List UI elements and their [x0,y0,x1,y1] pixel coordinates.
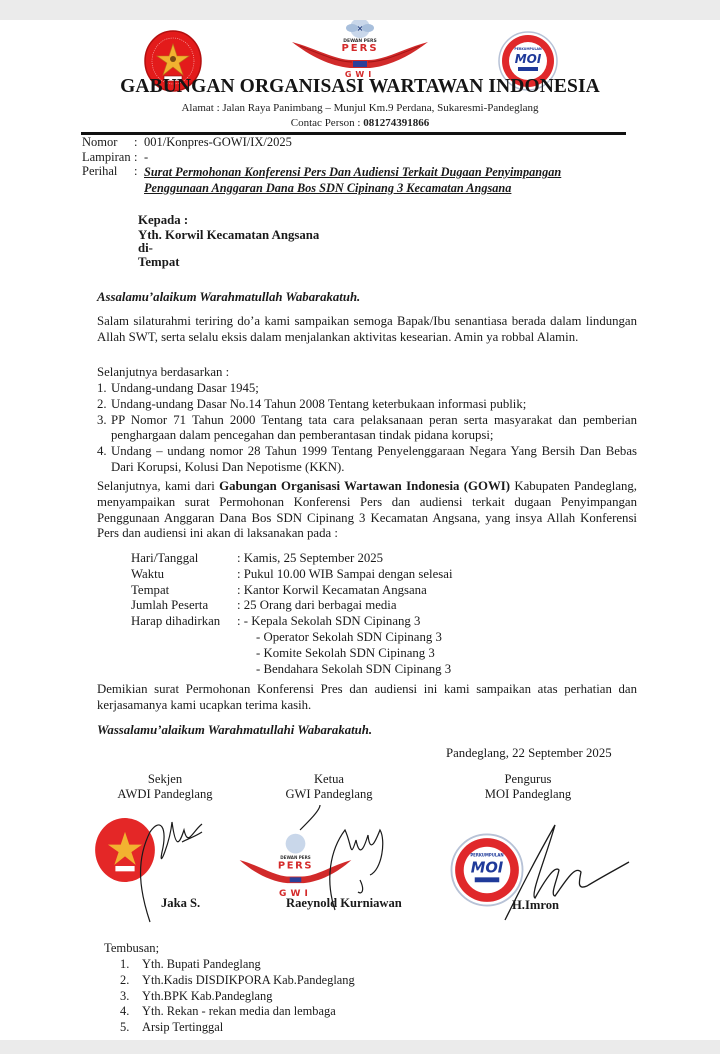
schedule-value: : Pukul 10.00 WIB Sampai dengan selesai [237,567,453,583]
org-address: Alamat : Jalan Raya Panimbang – Munjul K… [0,102,720,114]
perihal-line-2: Penggunaan Anggaran Dana Bos SDN Cipinan… [144,180,561,196]
schedule-label: Hari/Tanggal [131,551,237,567]
colon: : [134,164,144,196]
cc-item-number: 2. [120,973,142,989]
contact-number: 081274391866 [363,117,429,129]
perihal-line-1: Surat Permohonan Konferensi Pers Dan Aud… [144,164,561,180]
org-contact: Contac Person : 081274391866 [0,117,720,129]
schedule-value: : - Kepala Sekolah SDN Cipinang 3 [237,614,420,630]
schedule-row: Waktu: Pukul 10.00 WIB Sampai dengan sel… [131,567,453,583]
basis-heading: Selanjutnya berdasarkan : [97,365,637,381]
recipient-block: Kepada : Yth. Korwil Kecamatan Angsana d… [138,214,319,269]
request-org: Gabungan Organisasi Wartawan Indonesia (… [219,479,510,493]
signatory-1-title: Sekjen AWDI Pandeglang [100,772,230,801]
cc-list: 1.Yth. Bupati Pandeglang2.Yth.Kadis DISD… [120,957,355,1036]
cc-item-text: Yth. Bupati Pandeglang [142,957,261,973]
basis-item: 2.Undang-undang Dasar No.14 Tahun 2008 T… [97,397,637,413]
schedule-label: Jumlah Peserta [131,598,237,614]
schedule-value: : Kantor Korwil Kecamatan Angsana [237,583,427,599]
kepada-label: Kepada : [138,214,319,228]
attendee-item: - Bendahara Sekolah SDN Cipinang 3 [131,662,453,678]
colon: : [134,135,144,150]
signatory-org: AWDI Pandeglang [100,787,230,802]
cc-item-text: Yth. Rekan - rekan media dan lembaga [142,1004,336,1020]
basis-item-number: 4. [97,444,111,476]
signatory-org: GWI Pandeglang [264,787,394,802]
basis-item-text: Undang – undang nomor 28 Tahun 1999 Tent… [111,444,637,476]
basis-item: 1.Undang-undang Dasar 1945; [97,381,637,397]
signatory-org: MOI Pandeglang [463,787,593,802]
recipient-place: Tempat [138,256,319,270]
schedule-row: Tempat: Kantor Korwil Kecamatan Angsana [131,583,453,599]
cc-item-text: Yth.BPK Kab.Pandeglang [142,989,272,1005]
basis-item: 3.PP Nomor 71 Tahun 2000 Tentang tata ca… [97,413,637,445]
basis-list: 1.Undang-undang Dasar 1945;2.Undang-unda… [97,381,637,476]
request-prefix: Selanjutnya, kami dari [97,479,219,493]
closing-greeting: Wassalamu’alaikum Warahmatullahi Wabarak… [97,723,372,738]
signatory-role: Sekjen [100,772,230,787]
cc-item-number: 5. [120,1020,142,1036]
basis-item-text: Undang-undang Dasar 1945; [111,381,637,397]
place-date: Pandeglang, 22 September 2025 [446,746,612,761]
cc-item-number: 1. [120,957,142,973]
signatory-1-name: Jaka S. [161,896,200,911]
cc-item-text: Arsip Tertinggal [142,1020,223,1036]
cc-item: 5.Arsip Tertinggal [120,1020,355,1036]
intro-paragraph: Salam silaturahmi teriring do’a kami sam… [97,314,637,346]
request-paragraph: Selanjutnya, kami dari Gabungan Organisa… [97,479,637,542]
lampiran-label: Lampiran [82,150,134,165]
signatory-role: Pengurus [463,772,593,787]
schedule-label: Waktu [131,567,237,583]
signatory-2-title: Ketua GWI Pandeglang [264,772,394,801]
schedule-row: Jumlah Peserta: 25 Orang dari berbagai m… [131,598,453,614]
nomor-value: 001/Konpres-GOWI/IX/2025 [144,135,292,150]
cc-item: 3.Yth.BPK Kab.Pandeglang [120,989,355,1005]
closing-paragraph: Demikian surat Permohonan Konferensi Pre… [97,682,637,714]
svg-text:MOI: MOI [515,52,542,66]
basis-item-number: 1. [97,381,111,397]
dewan-pers-gwi-eagle-icon: × DEWAN PERS PERS GWI [290,20,430,78]
cc-item-number: 3. [120,989,142,1005]
svg-text:PERS: PERS [341,43,378,54]
event-schedule: Hari/Tanggal: Kamis, 25 September 2025Wa… [131,551,453,677]
recipient-name: Yth. Korwil Kecamatan Angsana [138,229,319,243]
schedule-row: Hari/Tanggal: Kamis, 25 September 2025 [131,551,453,567]
letter-page: × DEWAN PERS PERS GWI PERKUMPULAN MOI GA… [0,20,720,1040]
opening-greeting: Assalamu’alaikum Warahmatullah Wabarakat… [97,290,360,305]
nomor-label: Nomor [82,135,134,150]
recipient-di: di- [138,242,319,256]
perihal-label: Perihal [82,164,134,196]
basis-item-text: Undang-undang Dasar No.14 Tahun 2008 Ten… [111,397,637,413]
attendee-item: - Operator Sekolah SDN Cipinang 3 [131,630,453,646]
cc-item-number: 4. [120,1004,142,1020]
cc-item-text: Yth.Kadis DISDIKPORA Kab.Pandeglang [142,973,355,989]
basis-item: 4.Undang – undang nomor 28 Tahun 1999 Te… [97,444,637,476]
schedule-value: : Kamis, 25 September 2025 [237,551,383,567]
schedule-label: Harap dihadirkan [131,614,237,630]
schedule-row: Harap dihadirkan: - Kepala Sekolah SDN C… [131,614,453,630]
signatory-3-title: Pengurus MOI Pandeglang [463,772,593,801]
basis-item-number: 3. [97,413,111,445]
cc-item: 1.Yth. Bupati Pandeglang [120,957,355,973]
letter-meta: Nomor : 001/Konpres-GOWI/IX/2025 Lampira… [82,135,561,196]
cc-item: 4.Yth. Rekan - rekan media dan lembaga [120,1004,355,1020]
svg-text:×: × [357,24,364,33]
basis-item-number: 2. [97,397,111,413]
cc-heading: Tembusan; [104,941,159,956]
contact-label: Contac Person : [291,117,363,129]
basis-item-text: PP Nomor 71 Tahun 2000 Tentang tata cara… [111,413,637,445]
signatory-3-name: H.Imron [512,898,559,913]
org-name: GABUNGAN ORGANISASI WARTAWAN INDONESIA [0,76,720,98]
schedule-label: Tempat [131,583,237,599]
lampiran-value: - [144,150,148,165]
svg-text:PERKUMPULAN: PERKUMPULAN [514,47,542,51]
colon: : [134,150,144,165]
attendee-item: - Komite Sekolah SDN Cipinang 3 [131,646,453,662]
signatory-2-name: Raeynold Kurniawan [286,896,402,911]
schedule-value: : 25 Orang dari berbagai media [237,598,397,614]
cc-item: 2.Yth.Kadis DISDIKPORA Kab.Pandeglang [120,973,355,989]
signatory-role: Ketua [264,772,394,787]
